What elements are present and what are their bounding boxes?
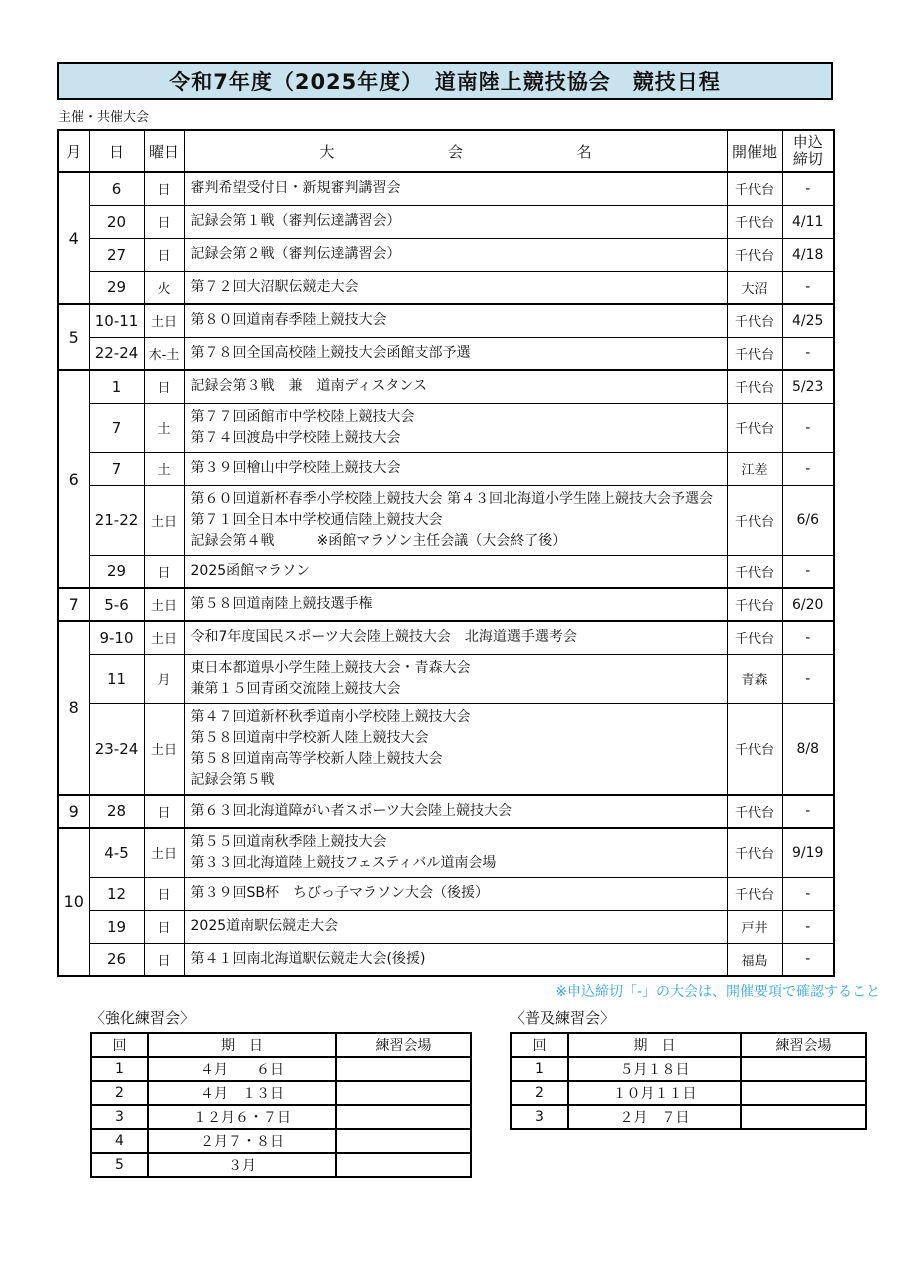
event-name-line: 記録会第１戦（審判伝達講習会） xyxy=(191,211,725,232)
date-cell: 19 xyxy=(89,910,144,943)
practice-no-cell: 2 xyxy=(91,1081,148,1105)
practice-row: 1５月１８日 xyxy=(511,1057,866,1081)
event-name-line: 令和7年度国民スポーツ大会陸上競技大会 北海道選手選考会 xyxy=(191,627,725,648)
deadline-note: ※申込締切「-」の大会は、開催要項で確認すること xyxy=(57,981,880,1001)
month-cell: 5 xyxy=(58,304,89,370)
date-cell: 21-22 xyxy=(89,485,144,555)
venue-cell: 千代台 xyxy=(727,205,782,238)
deadline-cell: - xyxy=(782,337,834,370)
practice-row: 3２月 ７日 xyxy=(511,1105,866,1129)
practice-venue-cell xyxy=(336,1129,471,1153)
weekday-cell: 日 xyxy=(144,172,184,205)
schedule-row: 20日記録会第１戦（審判伝達講習会）千代台4/11 xyxy=(58,205,834,238)
practice-row: 5３月 xyxy=(91,1153,471,1177)
practice-venue-cell xyxy=(336,1081,471,1105)
date-cell: 20 xyxy=(89,205,144,238)
event-name-line: 2025道南駅伝競走大会 xyxy=(191,916,725,937)
deadline-cell: 8/8 xyxy=(782,703,834,795)
subtitle-label: 主催・共催大会 xyxy=(58,106,904,125)
deadline-cell: - xyxy=(782,172,834,205)
event-name-line: 記録会第２戦（審判伝達講習会） xyxy=(191,244,725,265)
schedule-row: 21-22土日第６０回道新杯春季小学校陸上競技大会 第４３回北海道小学生陸上競技… xyxy=(58,485,834,555)
event-name-line: 兼第１５回青函交流陸上競技大会 xyxy=(191,679,725,700)
practice-no-cell: 4 xyxy=(91,1129,148,1153)
venue-cell: 千代台 xyxy=(727,337,782,370)
practice-date-cell: ４月 １３日 xyxy=(148,1081,336,1105)
date-cell: 7 xyxy=(89,403,144,452)
schedule-row: 12日第３９回SB杯 ちびっ子マラソン大会（後援）千代台- xyxy=(58,877,834,910)
venue-cell: 千代台 xyxy=(727,370,782,403)
weekday-cell: 日 xyxy=(144,205,184,238)
weekday-cell: 木-土 xyxy=(144,337,184,370)
header-name-char: 会 xyxy=(448,141,463,162)
practice-header-no: 回 xyxy=(91,1033,148,1057)
practice-date-cell: ２月７・８日 xyxy=(148,1129,336,1153)
event-name-line: 記録会第５戦 xyxy=(191,770,725,791)
weekday-cell: 日 xyxy=(144,795,184,828)
schedule-row: 7土第３９回檜山中学校陸上競技大会江差- xyxy=(58,452,834,485)
month-cell: 6 xyxy=(58,370,89,588)
event-name-cell: 令和7年度国民スポーツ大会陸上競技大会 北海道選手選考会 xyxy=(184,621,727,654)
practice-header-date: 期 日 xyxy=(568,1033,741,1057)
date-cell: 22-24 xyxy=(89,337,144,370)
deadline-cell: - xyxy=(782,452,834,485)
venue-cell: 千代台 xyxy=(727,877,782,910)
practice-header-venue: 練習会場 xyxy=(336,1033,471,1057)
event-name-line: 第３３回北海道陸上競技フェスティバル道南会場 xyxy=(191,853,725,874)
event-name-line: 第６３回北海道障がい者スポーツ大会陸上競技大会 xyxy=(191,801,725,822)
weekday-cell: 日 xyxy=(144,877,184,910)
practice-row: 3１２月６・７日 xyxy=(91,1105,471,1129)
event-name-cell: 2025道南駅伝競走大会 xyxy=(184,910,727,943)
deadline-cell: - xyxy=(782,795,834,828)
event-name-cell: 記録会第３戦 兼 道南ディスタンス xyxy=(184,370,727,403)
event-name-cell: 第３９回SB杯 ちびっ子マラソン大会（後援） xyxy=(184,877,727,910)
event-name-cell: 第５５回道南秋季陸上競技大会第３３回北海道陸上競技フェスティバル道南会場 xyxy=(184,828,727,878)
deadline-cell: 9/19 xyxy=(782,828,834,878)
practice-block-fukyu: 〈普及練習会〉 回 期 日 練習会場 1５月１８日2１０月１１日3２月 ７日 xyxy=(510,1003,867,1178)
practice-row: 4２月７・８日 xyxy=(91,1129,471,1153)
practice-header-date: 期 日 xyxy=(148,1033,336,1057)
deadline-cell: - xyxy=(782,654,834,703)
venue-cell: 千代台 xyxy=(727,588,782,621)
date-cell: 6 xyxy=(89,172,144,205)
venue-cell: 千代台 xyxy=(727,304,782,337)
practice-no-cell: 3 xyxy=(511,1105,568,1129)
practice-no-cell: 5 xyxy=(91,1153,148,1177)
weekday-cell: 土 xyxy=(144,452,184,485)
practice-date-cell: ５月１８日 xyxy=(568,1057,741,1081)
practice-no-cell: 3 xyxy=(91,1105,148,1129)
weekday-cell: 土日 xyxy=(144,485,184,555)
event-name-line: 第３９回SB杯 ちびっ子マラソン大会（後援） xyxy=(191,883,725,904)
date-cell: 29 xyxy=(89,555,144,588)
event-name-cell: 第３９回檜山中学校陸上競技大会 xyxy=(184,452,727,485)
practice-row: 1４月 ６日 xyxy=(91,1057,471,1081)
practice-date-cell: ２月 ７日 xyxy=(568,1105,741,1129)
weekday-cell: 日 xyxy=(144,910,184,943)
header-event-name: 大 会 名 xyxy=(184,130,727,172)
header-deadline: 申込 締切 xyxy=(782,130,834,172)
month-cell: 7 xyxy=(58,588,89,621)
practice-date-cell: ４月 ６日 xyxy=(148,1057,336,1081)
date-cell: 28 xyxy=(89,795,144,828)
document-page: 令和7年度（2025年度） 道南陸上競技協会 競技日程 主催・共催大会 月 日 … xyxy=(0,0,904,1178)
practice-no-cell: 2 xyxy=(511,1081,568,1105)
month-cell: 10 xyxy=(58,828,89,977)
header-name-char: 名 xyxy=(577,141,592,162)
title-bar: 令和7年度（2025年度） 道南陸上競技協会 競技日程 xyxy=(57,62,833,100)
event-name-cell: 記録会第１戦（審判伝達講習会） xyxy=(184,205,727,238)
event-name-line: 東日本都道県小学生陸上競技大会・青森大会 xyxy=(191,658,725,679)
schedule-row: 510-11土日第８０回道南春季陸上競技大会千代台4/25 xyxy=(58,304,834,337)
event-name-cell: 第６３回北海道障がい者スポーツ大会陸上競技大会 xyxy=(184,795,727,828)
practice-header-no: 回 xyxy=(511,1033,568,1057)
schedule-row: 7土第７７回函館市中学校陸上競技大会第７４回渡島中学校陸上競技大会千代台- xyxy=(58,403,834,452)
practice-date-cell: １２月６・７日 xyxy=(148,1105,336,1129)
event-name-cell: 第４１回南北海道駅伝競走大会(後援) xyxy=(184,943,727,976)
deadline-cell: - xyxy=(782,403,834,452)
event-name-line: 第４１回南北海道駅伝競走大会(後援) xyxy=(191,949,725,970)
weekday-cell: 月 xyxy=(144,654,184,703)
date-cell: 29 xyxy=(89,271,144,304)
page-title: 令和7年度（2025年度） 道南陸上競技協会 競技日程 xyxy=(169,66,721,96)
schedule-row: 22-24木-土第７８回全国高校陸上競技大会函館支部予選千代台- xyxy=(58,337,834,370)
weekday-cell: 日 xyxy=(144,238,184,271)
event-name-cell: 第８０回道南春季陸上競技大会 xyxy=(184,304,727,337)
practice-header-venue: 練習会場 xyxy=(741,1033,866,1057)
weekday-cell: 日 xyxy=(144,370,184,403)
weekday-cell: 火 xyxy=(144,271,184,304)
practice-venue-cell xyxy=(741,1057,866,1081)
deadline-cell: - xyxy=(782,271,834,304)
schedule-row: 29火第７２回大沼駅伝競走大会大沼- xyxy=(58,271,834,304)
deadline-cell: 4/18 xyxy=(782,238,834,271)
event-name-line: 第５８回道南高等学校新人陸上競技大会 xyxy=(191,749,725,770)
deadline-cell: 4/11 xyxy=(782,205,834,238)
date-cell: 27 xyxy=(89,238,144,271)
weekday-cell: 土日 xyxy=(144,304,184,337)
venue-cell: 青森 xyxy=(727,654,782,703)
deadline-cell: - xyxy=(782,943,834,976)
event-name-line: 第８０回道南春季陸上競技大会 xyxy=(191,310,725,331)
schedule-row: 29日2025函館マラソン千代台- xyxy=(58,555,834,588)
event-name-cell: 第７２回大沼駅伝競走大会 xyxy=(184,271,727,304)
practice-venue-cell xyxy=(336,1105,471,1129)
event-name-cell: 記録会第２戦（審判伝達講習会） xyxy=(184,238,727,271)
header-day: 日 xyxy=(89,130,144,172)
event-name-cell: 第７８回全国高校陸上競技大会函館支部予選 xyxy=(184,337,727,370)
event-name-line: 記録会第４戦 ※函館マラソン主任会議（大会終了後） xyxy=(191,531,725,552)
venue-cell: 千代台 xyxy=(727,795,782,828)
practice-title-fukyu: 〈普及練習会〉 xyxy=(510,1007,867,1028)
venue-cell: 千代台 xyxy=(727,403,782,452)
event-name-cell: 第５８回道南陸上競技選手権 xyxy=(184,588,727,621)
deadline-cell: 5/23 xyxy=(782,370,834,403)
practice-date-cell: １０月１１日 xyxy=(568,1081,741,1105)
weekday-cell: 土日 xyxy=(144,588,184,621)
deadline-cell: - xyxy=(782,910,834,943)
date-cell: 11 xyxy=(89,654,144,703)
event-name-cell: 審判希望受付日・新規審判講習会 xyxy=(184,172,727,205)
date-cell: 7 xyxy=(89,452,144,485)
venue-cell: 千代台 xyxy=(727,172,782,205)
event-name-line: 第６０回道新杯春季小学校陸上競技大会 第４３回北海道小学生陸上競技大会予選会 xyxy=(191,489,725,510)
date-cell: 9-10 xyxy=(89,621,144,654)
date-cell: 1 xyxy=(89,370,144,403)
schedule-row: 928日第６３回北海道障がい者スポーツ大会陸上競技大会千代台- xyxy=(58,795,834,828)
schedule-row: 19日2025道南駅伝競走大会戸井- xyxy=(58,910,834,943)
weekday-cell: 土日 xyxy=(144,828,184,878)
practice-header-row: 回 期 日 練習会場 xyxy=(511,1033,866,1057)
event-name-line: 第７２回大沼駅伝競走大会 xyxy=(191,277,725,298)
event-name-line: 第５８回道南中学校新人陸上競技大会 xyxy=(191,728,725,749)
event-name-line: 2025函館マラソン xyxy=(191,561,725,582)
practice-section: 〈強化練習会〉 回 期 日 練習会場 1４月 ６日2４月 １３日3１２月６・７日… xyxy=(57,1003,904,1178)
event-name-line: 第７４回渡島中学校陸上競技大会 xyxy=(191,428,725,449)
event-name-line: 第５５回道南秋季陸上競技大会 xyxy=(191,832,725,853)
date-cell: 5-6 xyxy=(89,588,144,621)
header-name-char: 大 xyxy=(319,141,334,162)
practice-no-cell: 1 xyxy=(91,1057,148,1081)
header-month: 月 xyxy=(58,130,89,172)
main-table-header-row: 月 日 曜日 大 会 名 開催地 申込 締切 xyxy=(58,130,834,172)
venue-cell: 千代台 xyxy=(727,238,782,271)
event-name-line: 第５８回道南陸上競技選手権 xyxy=(191,594,725,615)
practice-block-kyoka: 〈強化練習会〉 回 期 日 練習会場 1４月 ６日2４月 １３日3１２月６・７日… xyxy=(90,1003,472,1178)
schedule-row: 75-6土日第５８回道南陸上競技選手権千代台6/20 xyxy=(58,588,834,621)
venue-cell: 千代台 xyxy=(727,485,782,555)
event-name-cell: 第７７回函館市中学校陸上競技大会第７４回渡島中学校陸上競技大会 xyxy=(184,403,727,452)
practice-date-cell: ３月 xyxy=(148,1153,336,1177)
weekday-cell: 土日 xyxy=(144,621,184,654)
deadline-cell: - xyxy=(782,621,834,654)
practice-table-fukyu: 回 期 日 練習会場 1５月１８日2１０月１１日3２月 ７日 xyxy=(510,1032,867,1130)
venue-cell: 千代台 xyxy=(727,703,782,795)
practice-venue-cell xyxy=(336,1057,471,1081)
schedule-row: 104-5土日第５５回道南秋季陸上競技大会第３３回北海道陸上競技フェスティバル道… xyxy=(58,828,834,878)
practice-title-kyoka: 〈強化練習会〉 xyxy=(90,1007,472,1028)
deadline-cell: 6/20 xyxy=(782,588,834,621)
event-name-cell: 第６０回道新杯春季小学校陸上競技大会 第４３回北海道小学生陸上競技大会予選会第７… xyxy=(184,485,727,555)
date-cell: 4-5 xyxy=(89,828,144,878)
weekday-cell: 日 xyxy=(144,943,184,976)
deadline-cell: 6/6 xyxy=(782,485,834,555)
month-cell: 8 xyxy=(58,621,89,795)
venue-cell: 千代台 xyxy=(727,555,782,588)
practice-venue-cell xyxy=(741,1105,866,1129)
weekday-cell: 土日 xyxy=(144,703,184,795)
header-venue: 開催地 xyxy=(727,130,782,172)
event-name-line: 第７７回函館市中学校陸上競技大会 xyxy=(191,407,725,428)
date-cell: 23-24 xyxy=(89,703,144,795)
date-cell: 10-11 xyxy=(89,304,144,337)
practice-row: 2４月 １３日 xyxy=(91,1081,471,1105)
schedule-row: 27日記録会第２戦（審判伝達講習会）千代台4/18 xyxy=(58,238,834,271)
venue-cell: 戸井 xyxy=(727,910,782,943)
venue-cell: 大沼 xyxy=(727,271,782,304)
schedule-row: 46日審判希望受付日・新規審判講習会千代台- xyxy=(58,172,834,205)
main-schedule-table: 月 日 曜日 大 会 名 開催地 申込 締切 46日審判希望受付日・新規審判講習… xyxy=(57,129,835,977)
date-cell: 26 xyxy=(89,943,144,976)
venue-cell: 福島 xyxy=(727,943,782,976)
schedule-row: 23-24土日第４７回道新杯秋季道南小学校陸上競技大会第５８回道南中学校新人陸上… xyxy=(58,703,834,795)
event-name-cell: 2025函館マラソン xyxy=(184,555,727,588)
month-cell: 4 xyxy=(58,172,89,304)
event-name-line: 第７８回全国高校陸上競技大会函館支部予選 xyxy=(191,343,725,364)
practice-venue-cell xyxy=(336,1153,471,1177)
venue-cell: 千代台 xyxy=(727,828,782,878)
event-name-cell: 第４７回道新杯秋季道南小学校陸上競技大会第５８回道南中学校新人陸上競技大会第５８… xyxy=(184,703,727,795)
event-name-cell: 東日本都道県小学生陸上競技大会・青森大会兼第１５回青函交流陸上競技大会 xyxy=(184,654,727,703)
practice-header-row: 回 期 日 練習会場 xyxy=(91,1033,471,1057)
weekday-cell: 日 xyxy=(144,555,184,588)
schedule-row: 26日第４１回南北海道駅伝競走大会(後援)福島- xyxy=(58,943,834,976)
date-cell: 12 xyxy=(89,877,144,910)
event-name-line: 第７１回全日本中学校通信陸上競技大会 xyxy=(191,510,725,531)
event-name-line: 第４７回道新杯秋季道南小学校陸上競技大会 xyxy=(191,707,725,728)
practice-row: 2１０月１１日 xyxy=(511,1081,866,1105)
deadline-cell: - xyxy=(782,555,834,588)
schedule-row: 89-10土日令和7年度国民スポーツ大会陸上競技大会 北海道選手選考会千代台- xyxy=(58,621,834,654)
deadline-cell: - xyxy=(782,877,834,910)
event-name-line: 審判希望受付日・新規審判講習会 xyxy=(191,178,725,199)
deadline-cell: 4/25 xyxy=(782,304,834,337)
schedule-row: 61日記録会第３戦 兼 道南ディスタンス千代台5/23 xyxy=(58,370,834,403)
practice-table-kyoka: 回 期 日 練習会場 1４月 ６日2４月 １３日3１２月６・７日4２月７・８日5… xyxy=(90,1032,472,1178)
practice-venue-cell xyxy=(741,1081,866,1105)
venue-cell: 千代台 xyxy=(727,621,782,654)
practice-no-cell: 1 xyxy=(511,1057,568,1081)
event-name-line: 第３９回檜山中学校陸上競技大会 xyxy=(191,458,725,479)
venue-cell: 江差 xyxy=(727,452,782,485)
schedule-row: 11月東日本都道県小学生陸上競技大会・青森大会兼第１５回青函交流陸上競技大会青森… xyxy=(58,654,834,703)
header-weekday: 曜日 xyxy=(144,130,184,172)
month-cell: 9 xyxy=(58,795,89,828)
event-name-line: 記録会第３戦 兼 道南ディスタンス xyxy=(191,376,725,397)
weekday-cell: 土 xyxy=(144,403,184,452)
